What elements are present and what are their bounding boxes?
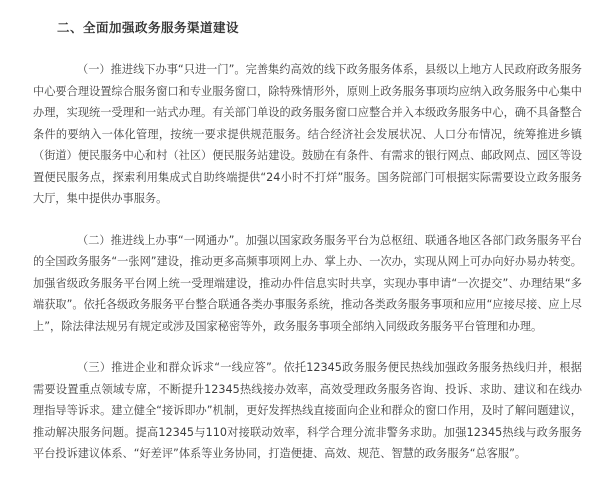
paragraph-online-service: （二）推进线上办事“一网通办”。加强以国家政务服务平台为总枢纽、联通各地区各部门… xyxy=(33,230,582,338)
document-page: 二、全面加强政务服务渠道建设 （一）推进线下办事“只进一门”。完善集约高效的线下… xyxy=(0,0,613,481)
section-heading: 二、全面加强政务服务渠道建设 xyxy=(33,17,582,39)
paragraph-offline-service: （一）推进线下办事“只进一门”。完善集约高效的线下政务服务体系，县级以上地方人民… xyxy=(33,59,582,210)
paragraph-hotline-service: （三）推进企业和群众诉求“一线应答”。依托12345政务服务便民热线加强政务服务… xyxy=(33,357,582,465)
